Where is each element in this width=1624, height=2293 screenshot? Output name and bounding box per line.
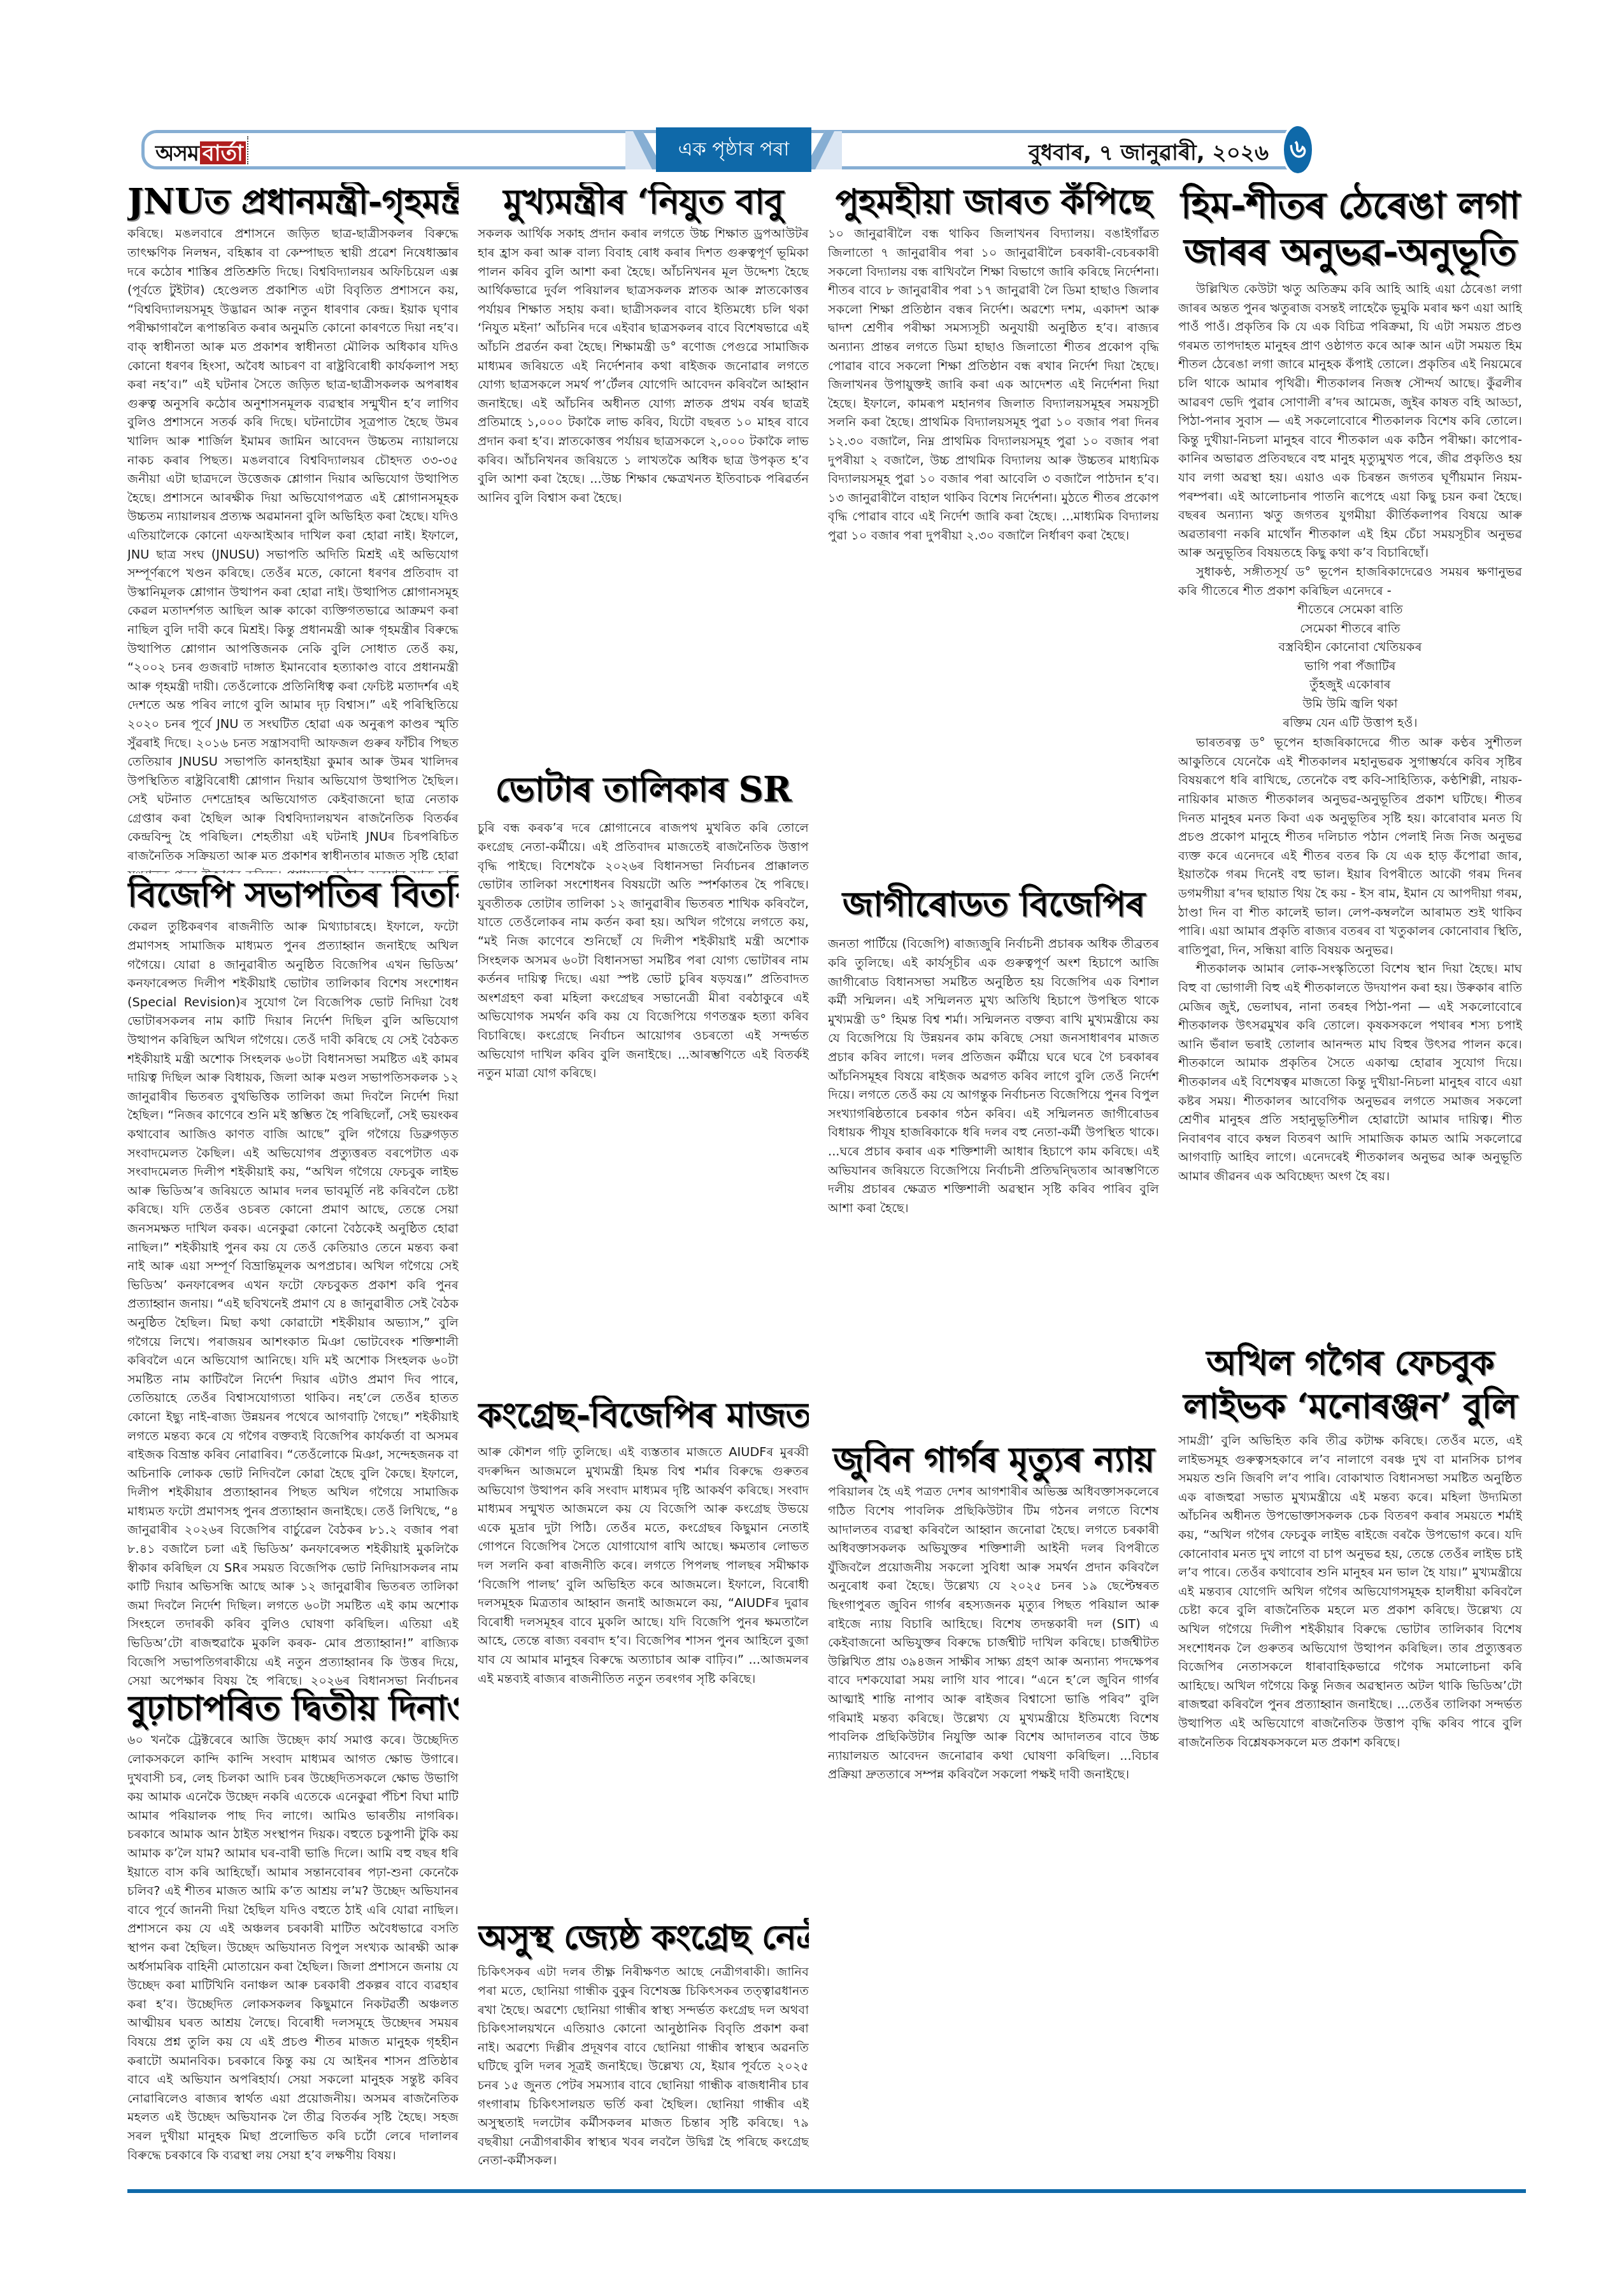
logo-part-2: বাৰ্তা — [200, 141, 246, 164]
paragraph: কৰিছে। মঙলবাৰে প্ৰশাসনে জড়িত ছাত্ৰ-ছাত্… — [127, 224, 459, 873]
poem-line: সেমেকা শীতৰে ৰাতি — [1178, 619, 1522, 638]
poem-line: তুঁহজুই একোৰাৰ — [1178, 675, 1522, 694]
footer-rule — [127, 2189, 1526, 2193]
article-jnu: JNUত প্ৰধানমন্ত্ৰী-গৃহমন্ত্ৰীৰ কৰিছে। মঙ… — [127, 182, 459, 873]
article-sonia-health: অসুস্থ জ্যেষ্ঠ কংগ্ৰেছ নেত্ৰী চিকিৎসকৰ এ… — [478, 1918, 809, 2189]
poem-block: শীতেৰে সেমেকা ৰাতি সেমেকা শীতৰে ৰাতি বস্… — [1178, 600, 1522, 732]
article-body: উল্লিখিত কেউটা ঋতু অতিক্ৰম কৰি আহি আহি এ… — [1178, 280, 1522, 1186]
paragraph: সকলক আৰ্থিক সকাহ প্ৰদান কৰাৰ লগতে উচ্চ শ… — [478, 224, 809, 507]
article-body: ১০ জানুৱাৰীলৈ বন্ধ থাকিব জিলাখনৰ বিদ্যাল… — [828, 224, 1159, 545]
poem-line: শীতেৰে সেমেকা ৰাতি — [1178, 600, 1522, 619]
issue-date: বুধবাৰ, ৭ জানুৱাৰী, ২০২৬ — [1029, 136, 1269, 173]
paragraph: ৬০ খনকৈ ট্ৰেক্টৰেৰে আজি উচ্ছেদ কাৰ্য সমা… — [127, 1731, 459, 2164]
paragraph: শীতকালক আমাৰ লোক-সংস্কৃতিতো বিশেষ স্থান … — [1178, 959, 1522, 1185]
article-cm-niyut-babu: মুখ্যমন্ত্ৰীৰ ‘নিযুত বাবু সকলক আৰ্থিক সক… — [478, 182, 809, 755]
headline[interactable]: পুহমহীয়া জাৰত কঁপিছে — [828, 182, 1159, 220]
section-tab: এক পৃষ্ঠাৰ পৰা — [638, 127, 829, 172]
paragraph: উল্লিখিত কেউটা ঋতু অতিক্ৰম কৰি আহি আহি এ… — [1178, 280, 1522, 562]
logo-divider — [247, 136, 248, 164]
headline[interactable]: বুঢ়াচাপৰিত দ্বিতীয় দিনাও — [127, 1689, 459, 1727]
article-body: কেৱল তুষ্টিকৰণৰ ৰাজনীতি আৰু মিথ্যাচাৰহে।… — [127, 917, 459, 1687]
article-body: সকলক আৰ্থিক সকাহ প্ৰদান কৰাৰ লগতে উচ্চ শ… — [478, 224, 809, 507]
paragraph: আৰু কৌশল গঢ়ি তুলিছে। এই ব্যস্ততাৰ মাজতে… — [478, 1443, 809, 1688]
article-akhil-gogoi-fb: অখিল গগৈৰ ফেচবুক লাইভক ‘মনোৰঞ্জন’ বুলি স… — [1178, 1341, 1522, 2189]
article-body: জনতা পাৰ্টিয়ে (বিজেপি) ৰাজ্যজুৰি নিৰ্বা… — [828, 934, 1159, 1217]
logo-part-1: অসম — [155, 143, 199, 164]
paragraph: কেৱল তুষ্টিকৰণৰ ৰাজনীতি আৰু মিথ্যাচাৰহে।… — [127, 917, 459, 1687]
paragraph: ভাৰতৰত্ন ড° ভূপেন হাজৰিকাদেৱে গীত আৰু কণ… — [1178, 733, 1522, 959]
article-zubeen-garg: জুবিন গাৰ্গৰ মৃত্যুৰ ন্যায় পৰিয়ালৰ হৈ … — [828, 1440, 1159, 2189]
section-label: এক পৃষ্ঠাৰ পৰা — [656, 127, 811, 172]
paragraph: সুধাকণ্ঠ, সঙ্গীতসূৰ্য ড° ভূপেন হাজৰিকাদে… — [1178, 562, 1522, 600]
article-bjp-president: বিজেপি সভাপতিৰ বিতৰ্কিত কেৱল তুষ্টিকৰণৰ … — [127, 875, 459, 1687]
poem-line: উমি উমি জ্বলি থকা — [1178, 694, 1522, 713]
paragraph: চিকিৎসকৰ এটা দলৰ তীক্ষ্ণ নিৰীক্ষণত আছে ন… — [478, 1962, 809, 2170]
headline[interactable]: অখিল গগৈৰ ফেচবুক লাইভক ‘মনোৰঞ্জন’ বুলি — [1178, 1341, 1522, 1427]
article-eviction: বুঢ়াচাপৰিত দ্বিতীয় দিনাও ৬০ খনকৈ ট্ৰেক… — [127, 1689, 459, 2189]
poem-line: ভাগি পৰা পঁজাটিৰ — [1178, 657, 1522, 676]
headline-line-1: অখিল গগৈৰ ফেচবুক — [1178, 1341, 1522, 1385]
article-body: ৬০ খনকৈ ট্ৰেক্টৰেৰে আজি উচ্ছেদ কাৰ্য সমা… — [127, 1731, 459, 2164]
article-body: সামগ্ৰী’ বুলি অভিহিত কৰি তীব্ৰ কটাক্ষ কৰ… — [1178, 1431, 1522, 1752]
article-jagiroad-bjp: জাগীৰোডত বিজেপিৰ জনতা পাৰ্টিয়ে (বিজেপি)… — [828, 873, 1159, 1427]
poem-line: ৰক্তিম যেন এটি উত্তাপ হওঁ। — [1178, 713, 1522, 732]
headline[interactable]: অসুস্থ জ্যেষ্ঠ কংগ্ৰেছ নেত্ৰী — [478, 1918, 809, 1956]
newspaper-logo[interactable]: অসম বাৰ্তা — [155, 135, 248, 164]
page-number-badge: ৬ — [1281, 124, 1314, 176]
headline[interactable]: ভোটাৰ তালিকাৰ SR — [478, 770, 809, 808]
poem-line: বস্ত্ৰবিহীন কোনোবা খেতিয়কৰ — [1178, 638, 1522, 657]
article-body: কৰিছে। মঙলবাৰে প্ৰশাসনে জড়িত ছাত্ৰ-ছাত্… — [127, 224, 459, 873]
paragraph: পৰিয়ালৰ হৈ এই পত্ৰত দেশৰ আগশাৰীৰ অভিজ্ঞ… — [828, 1482, 1159, 1784]
headline-line-2: লাইভক ‘মনোৰঞ্জন’ বুলি — [1178, 1385, 1522, 1428]
masthead: অসম বাৰ্তা এক পৃষ্ঠাৰ পৰা বুধবাৰ, ৭ জানু… — [141, 130, 1304, 169]
article-body: চিকিৎসকৰ এটা দলৰ তীক্ষ্ণ নিৰীক্ষণত আছে ন… — [478, 1962, 809, 2170]
article-voter-sr: ভোটাৰ তালিকাৰ SR চুৰি বন্ধ কৰক’ৰ দৰে শ্ল… — [478, 759, 809, 1319]
headline[interactable]: জাগীৰোডত বিজেপিৰ — [828, 885, 1159, 923]
headline[interactable]: জুবিন গাৰ্গৰ মৃত্যুৰ ন্যায় — [828, 1440, 1159, 1478]
headline[interactable]: JNUত প্ৰধানমন্ত্ৰী-গৃহমন্ত্ৰীৰ — [127, 182, 459, 220]
article-body: আৰু কৌশল গঢ়ি তুলিছে। এই ব্যস্ততাৰ মাজতে… — [478, 1443, 809, 1688]
paragraph: সামগ্ৰী’ বুলি অভিহিত কৰি তীব্ৰ কটাক্ষ কৰ… — [1178, 1431, 1522, 1752]
headline[interactable]: বিজেপি সভাপতিৰ বিতৰ্কিত — [127, 875, 459, 913]
paragraph: ১০ জানুৱাৰীলৈ বন্ধ থাকিব জিলাখনৰ বিদ্যাল… — [828, 224, 1159, 545]
article-congress-bjp: কংগ্ৰেছ-বিজেপিৰ মাজত আৰু কৌশল গঢ়ি তুলিছ… — [478, 1396, 809, 1902]
headline-line-2: জাৰৰ অনুভৱ-অনুভূতি — [1178, 229, 1522, 275]
paragraph: চুৰি বন্ধ কৰক’ৰ দৰে শ্লোগানেৰে ৰাজপথ মুখ… — [478, 818, 809, 1082]
headline[interactable]: মুখ্যমন্ত্ৰীৰ ‘নিযুত বাবু — [478, 182, 809, 220]
article-body: চুৰি বন্ধ কৰক’ৰ দৰে শ্লোগানেৰে ৰাজপথ মুখ… — [478, 818, 809, 1082]
article-body: পৰিয়ালৰ হৈ এই পত্ৰত দেশৰ আগশাৰীৰ অভিজ্ঞ… — [828, 1482, 1159, 1784]
headline-line-1: হিম-শীতৰ ঠেৰেঙা লগা — [1178, 182, 1522, 229]
paragraph: জনতা পাৰ্টিয়ে (বিজেপি) ৰাজ্যজুৰি নিৰ্বা… — [828, 934, 1159, 1217]
headline[interactable]: কংগ্ৰেছ-বিজেপিৰ মাজত — [478, 1396, 809, 1434]
article-winter-feelings: হিম-শীতৰ ঠেৰেঙা লগা জাৰৰ অনুভৱ-অনুভূতি উ… — [1178, 182, 1522, 1303]
article-cold-wave: পুহমহীয়া জাৰত কঁপিছে ১০ জানুৱাৰীলৈ বন্ধ… — [828, 182, 1159, 848]
headline[interactable]: হিম-শীতৰ ঠেৰেঙা লগা জাৰৰ অনুভৱ-অনুভূতি — [1178, 182, 1522, 275]
